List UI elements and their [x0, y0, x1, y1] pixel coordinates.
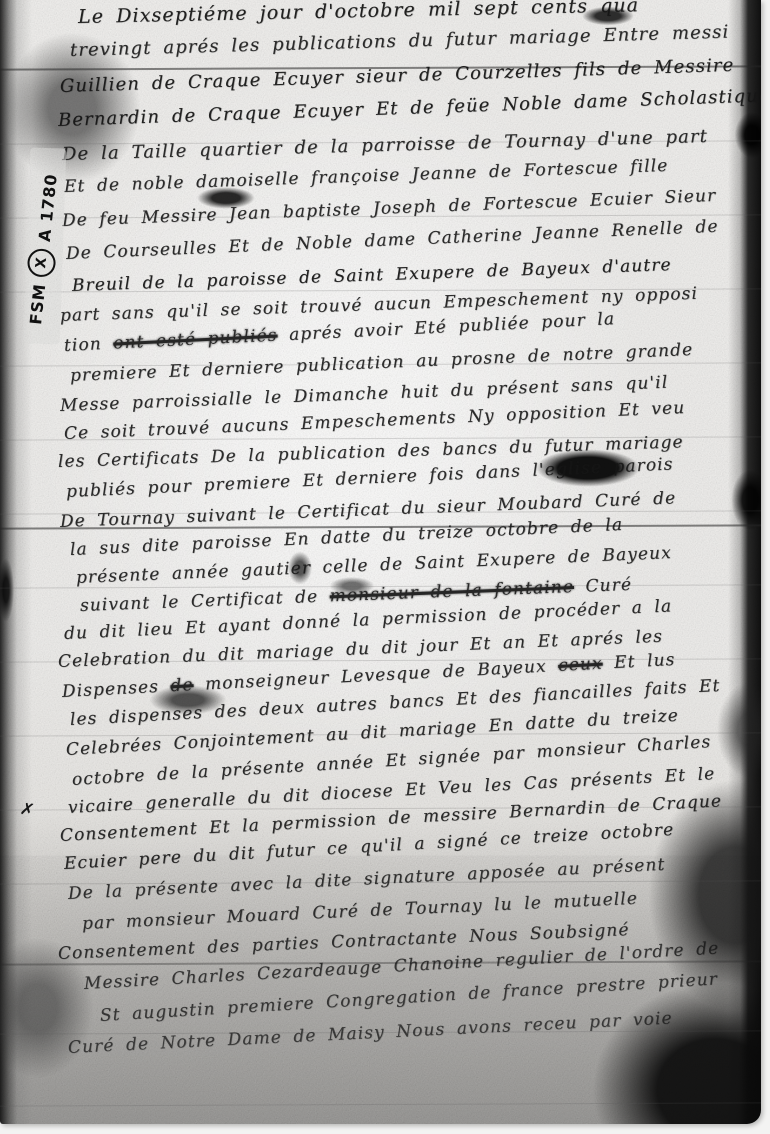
ruled-line	[0, 1102, 761, 1106]
margin-x-mark: ✗	[18, 799, 36, 822]
manuscript-photo: Le Dixseptiéme jour d'octobre mil sept c…	[0, 0, 761, 1124]
screenshot-root: { "document": { "lines": [ "Le Dixseptié…	[0, 0, 770, 1134]
annotation-reference: A 1780	[34, 173, 60, 243]
annotation-circled-x: X	[26, 247, 57, 278]
manuscript-line: trevingt aprés les publications du futur…	[70, 22, 730, 61]
annotation-code: FSM	[26, 282, 49, 325]
manuscript-line: Le Dixseptiéme jour d'octobre mil sept c…	[78, 0, 640, 28]
